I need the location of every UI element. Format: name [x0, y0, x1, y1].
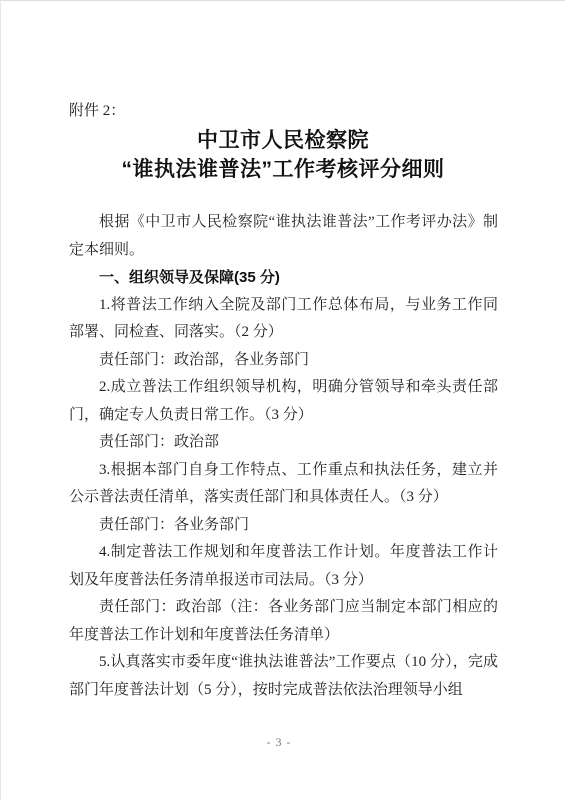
responsible-dept-3: 责任部门：各业务部门 [69, 512, 498, 540]
attachment-label: 附件 2： [69, 101, 565, 121]
document-body: 根据《中卫市人民检察院“谁执法谁普法”工作考评办法》制定本细则。 一、组织领导及… [69, 209, 498, 704]
intro-paragraph: 根据《中卫市人民检察院“谁执法谁普法”工作考评办法》制定本细则。 [69, 209, 498, 264]
item-5: 5.认真落实市委年度“谁执法谁普法”工作要点（10 分），完成部门年度普法计划（… [69, 649, 498, 704]
responsible-dept-4: 责任部门：政治部（注：各业务部门应当制定本部门相应的年度普法工作计划和年度普法任… [69, 594, 498, 649]
document-page: 附件 2： 中卫市人民检察院 “谁执法谁普法”工作考核评分细则 根据《中卫市人民… [0, 0, 565, 800]
title-line-1: 中卫市人民检察院 [1, 126, 565, 155]
item-3: 3.根据本部门自身工作特点、工作重点和执法任务，建立并公示普法责任清单，落实责任… [69, 457, 498, 512]
item-4: 4.制定普法工作规划和年度普法工作计划。年度普法工作计划及年度普法任务清单报送市… [69, 539, 498, 594]
responsible-dept-2: 责任部门：政治部 [69, 429, 498, 457]
document-title: 中卫市人民检察院 “谁执法谁普法”工作考核评分细则 [1, 126, 565, 184]
item-1: 1.将普法工作纳入全院及部门工作总体布局，与业务工作同部署、同检查、同落实。（2… [69, 292, 498, 347]
title-line-2: “谁执法谁普法”工作考核评分细则 [1, 155, 565, 184]
page-number: - 3 - [1, 735, 557, 750]
item-2: 2.成立普法工作组织领导机构，明确分管领导和牵头责任部门，确定专人负责日常工作。… [69, 374, 498, 429]
responsible-dept-1: 责任部门：政治部，各业务部门 [69, 347, 498, 375]
section-heading: 一、组织领导及保障(35 分) [69, 264, 498, 292]
